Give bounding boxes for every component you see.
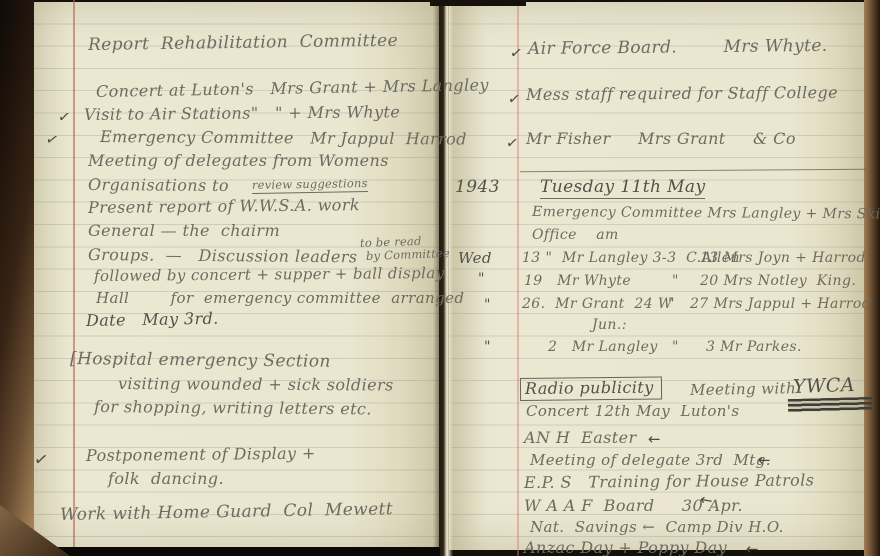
red-margin-line-right bbox=[517, 0, 519, 556]
date-heading: Tuesday 11th May bbox=[540, 178, 705, 199]
schedule-row: 27 Mrs Jappul + Harrod bbox=[690, 297, 871, 312]
handwritten-line: Air Force Board. Mrs Whyte. bbox=[528, 37, 828, 59]
handwritten-line: folk dancing. bbox=[108, 470, 224, 488]
ywca-underline-scribble bbox=[788, 397, 872, 412]
handwritten-line: Office am bbox=[532, 228, 619, 243]
handwritten-line: Meeting of delegates from Womens bbox=[88, 152, 389, 170]
handwritten-line: Anzac Day + Poppy Day bbox=[524, 539, 727, 556]
ditto-mark: " bbox=[478, 272, 485, 287]
handwritten-line: General — the chairm bbox=[88, 222, 280, 240]
handwritten-line: Hall for emergency committee arranged bbox=[96, 290, 464, 307]
radio-publicity-box: Radio publicity bbox=[520, 377, 662, 401]
handwritten-line: Meeting of delegate 3rd Mtg. bbox=[530, 452, 771, 469]
handwritten-line: Groups. — Discussion leaders bbox=[88, 246, 358, 266]
notebook-spread: Report Rehabilitation Committee Concert … bbox=[0, 0, 880, 556]
year-label: 1943 bbox=[455, 178, 500, 197]
arrow-left-icon: ← bbox=[758, 451, 771, 469]
handwritten-line: Emergency Committee Mr Jappul Harrod bbox=[100, 128, 467, 148]
handwritten-line: Concert 12th May Luton's bbox=[526, 403, 739, 420]
handwritten-line: Mr Fisher Mrs Grant & Co bbox=[526, 130, 796, 148]
handwritten-line: Emergency Committee Mrs Langley + Mrs Sk… bbox=[532, 205, 880, 223]
handwritten-line: AN H Easter bbox=[524, 429, 637, 447]
ditto-mark: " bbox=[668, 297, 675, 312]
bottom-cover-strip bbox=[28, 547, 440, 556]
red-margin-line-left bbox=[73, 0, 75, 556]
ditto-mark: " bbox=[484, 298, 491, 313]
tick-mark-icon: ✓ bbox=[509, 44, 524, 62]
handwritten-line: Postponement of Display + bbox=[86, 445, 316, 465]
schedule-row: 2 Mr Langley bbox=[548, 340, 658, 355]
handwritten-line: Visit to Air Stations" " + Mrs Whyte bbox=[84, 103, 400, 123]
handwritten-line: E.P. S Training for House Patrols bbox=[524, 471, 814, 491]
schedule-row: 26. Mr Grant 24 W bbox=[522, 297, 673, 312]
schedule-row: 13 Mrs Joyn + Harrod. bbox=[700, 251, 871, 266]
arrow-left-icon: ← bbox=[648, 430, 661, 448]
ditto-mark: " bbox=[672, 340, 679, 355]
tick-mark-icon: ✓ bbox=[505, 134, 520, 152]
ditto-mark: " bbox=[672, 274, 679, 289]
top-gutter-sliver bbox=[430, 0, 526, 6]
page-title-line: Report Rehabilitation Committee bbox=[88, 32, 398, 55]
superscript-note: by Committee bbox=[366, 247, 450, 263]
organisation-name: YWCA bbox=[793, 375, 856, 398]
schedule-row: 20 Mrs Notley King. bbox=[700, 274, 856, 289]
schedule-row: 3 Mr Parkes. bbox=[706, 340, 802, 355]
tick-mark-icon: ✓ bbox=[57, 108, 72, 126]
left-cover-edge bbox=[0, 0, 34, 556]
handwritten-line: Organisations to bbox=[88, 176, 229, 195]
section-heading-line: [Hospital emergency Section bbox=[70, 350, 331, 371]
weekday-label: Wed bbox=[458, 250, 492, 267]
right-cover-edge bbox=[864, 0, 880, 556]
handwritten-line: Mess staff required for Staff College bbox=[526, 84, 838, 104]
handwritten-line: visiting wounded + sick soldiers bbox=[118, 375, 394, 394]
schedule-row: 19 Mr Whyte bbox=[524, 274, 631, 289]
handwritten-line: Meeting with bbox=[690, 380, 796, 398]
sub-note: Jun.: bbox=[592, 318, 627, 333]
handwritten-line: for shopping, writing letters etc. bbox=[94, 398, 372, 418]
handwritten-line: Present report of W.W.S.A. work bbox=[88, 196, 360, 216]
handwritten-line: followed by concert + supper + ball disp… bbox=[94, 265, 445, 285]
inserted-note: review suggestions bbox=[252, 177, 368, 194]
handwritten-line: Nat. Savings ← Camp Div H.O. bbox=[530, 519, 784, 536]
ditto-mark: " bbox=[484, 340, 491, 355]
tick-mark-icon: ✓ bbox=[507, 90, 522, 108]
handwritten-line: Date May 3rd. bbox=[86, 310, 219, 330]
arrow-left-icon: ← bbox=[746, 540, 759, 556]
